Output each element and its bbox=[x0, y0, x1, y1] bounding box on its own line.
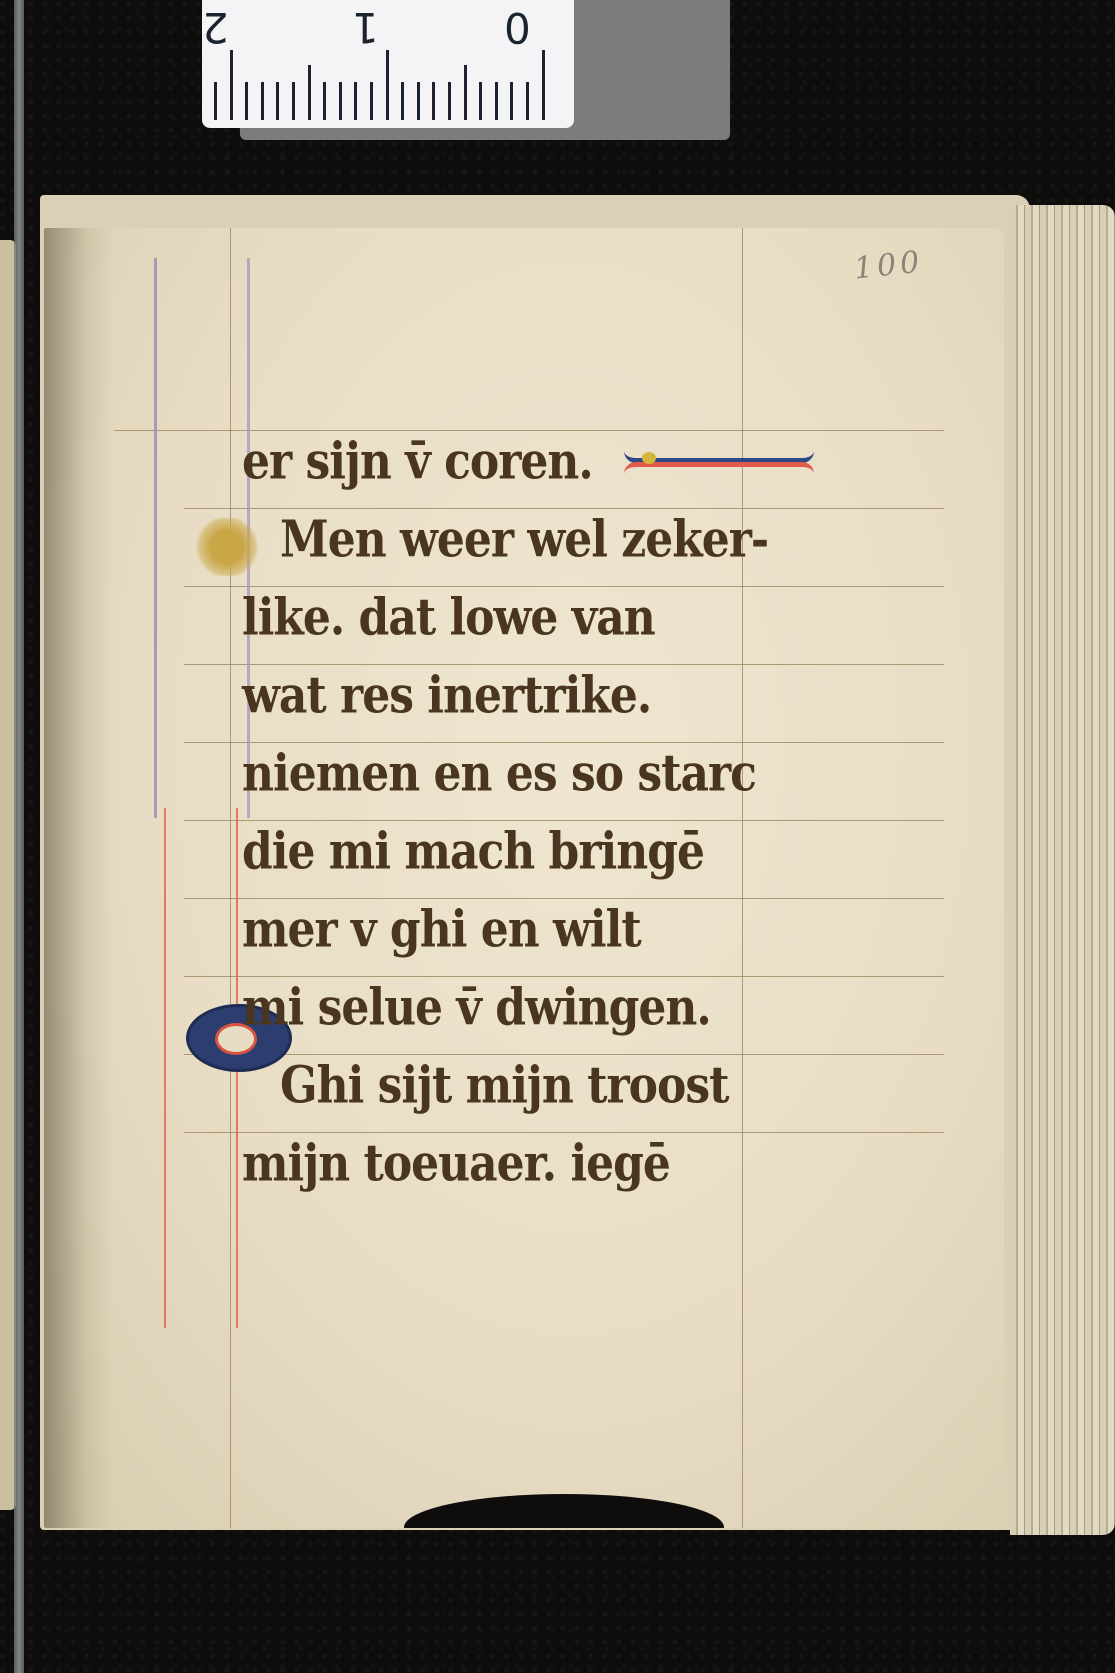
scale-tick bbox=[370, 82, 373, 120]
line-filler-gold-dot bbox=[642, 452, 656, 464]
scale-tick bbox=[261, 82, 264, 120]
folio-number: 100 bbox=[852, 244, 925, 286]
text-line-9: Ghi sijt mijn troost bbox=[280, 1056, 728, 1115]
scale-tick bbox=[308, 65, 311, 120]
scale-tick bbox=[354, 82, 357, 120]
scale-tick bbox=[432, 82, 435, 120]
text-line-10: mijn toeuaer. iegē bbox=[242, 1134, 670, 1193]
scale-tick bbox=[214, 82, 217, 120]
page-stack-edges bbox=[1010, 205, 1115, 1535]
scale-ruler: 2 1 0 bbox=[202, 0, 574, 128]
ruling-line bbox=[184, 976, 944, 977]
gold-initial-M bbox=[192, 518, 262, 576]
ruling-line bbox=[184, 820, 944, 821]
ruling-line bbox=[184, 1132, 944, 1133]
scale-tick bbox=[464, 65, 467, 120]
text-line-7: mer v ghi en wilt bbox=[242, 900, 641, 959]
scale-tick bbox=[479, 82, 482, 120]
line-filler-red bbox=[624, 462, 814, 485]
text-line-5: niemen en es so starc bbox=[242, 744, 756, 803]
scale-tick bbox=[323, 82, 326, 120]
ruling-line bbox=[184, 586, 944, 587]
scale-tick bbox=[386, 50, 389, 120]
scale-tick bbox=[542, 50, 545, 120]
ruling-line bbox=[184, 508, 944, 509]
ruling-line bbox=[184, 898, 944, 899]
glass-plate-edge bbox=[14, 0, 24, 1673]
text-line-2: Men weer wel zeker- bbox=[280, 510, 768, 569]
ruling-line bbox=[184, 742, 944, 743]
text-line-1: er sijn v̄ coren. bbox=[242, 432, 593, 491]
scale-tick bbox=[401, 82, 404, 120]
ruling-vertical-right bbox=[742, 228, 743, 1528]
scale-tick bbox=[495, 82, 498, 120]
text-line-3: like. dat lowe van bbox=[242, 588, 655, 647]
manuscript-page: 100 er sijn v̄ coren. Men weer wel zeker… bbox=[44, 228, 1004, 1528]
torn-lower-edge bbox=[404, 1494, 724, 1528]
ruling-line bbox=[184, 1054, 944, 1055]
scale-tick bbox=[417, 82, 420, 120]
text-line-8: mi selue v̄ dwingen. bbox=[242, 978, 711, 1037]
scale-tick bbox=[339, 82, 342, 120]
scale-tick bbox=[292, 82, 295, 120]
text-line-6: die mi mach bringē bbox=[242, 822, 704, 881]
scale-tick bbox=[230, 50, 233, 120]
scale-tick bbox=[448, 82, 451, 120]
scale-tick bbox=[526, 82, 529, 120]
ruling-line bbox=[184, 664, 944, 665]
scale-tick bbox=[510, 82, 513, 120]
scale-tick bbox=[276, 82, 279, 120]
scale-ticks bbox=[210, 40, 566, 120]
line-filler-ornament bbox=[624, 440, 824, 490]
text-line-4: wat res inertrike. bbox=[242, 666, 651, 725]
scale-tick bbox=[245, 82, 248, 120]
